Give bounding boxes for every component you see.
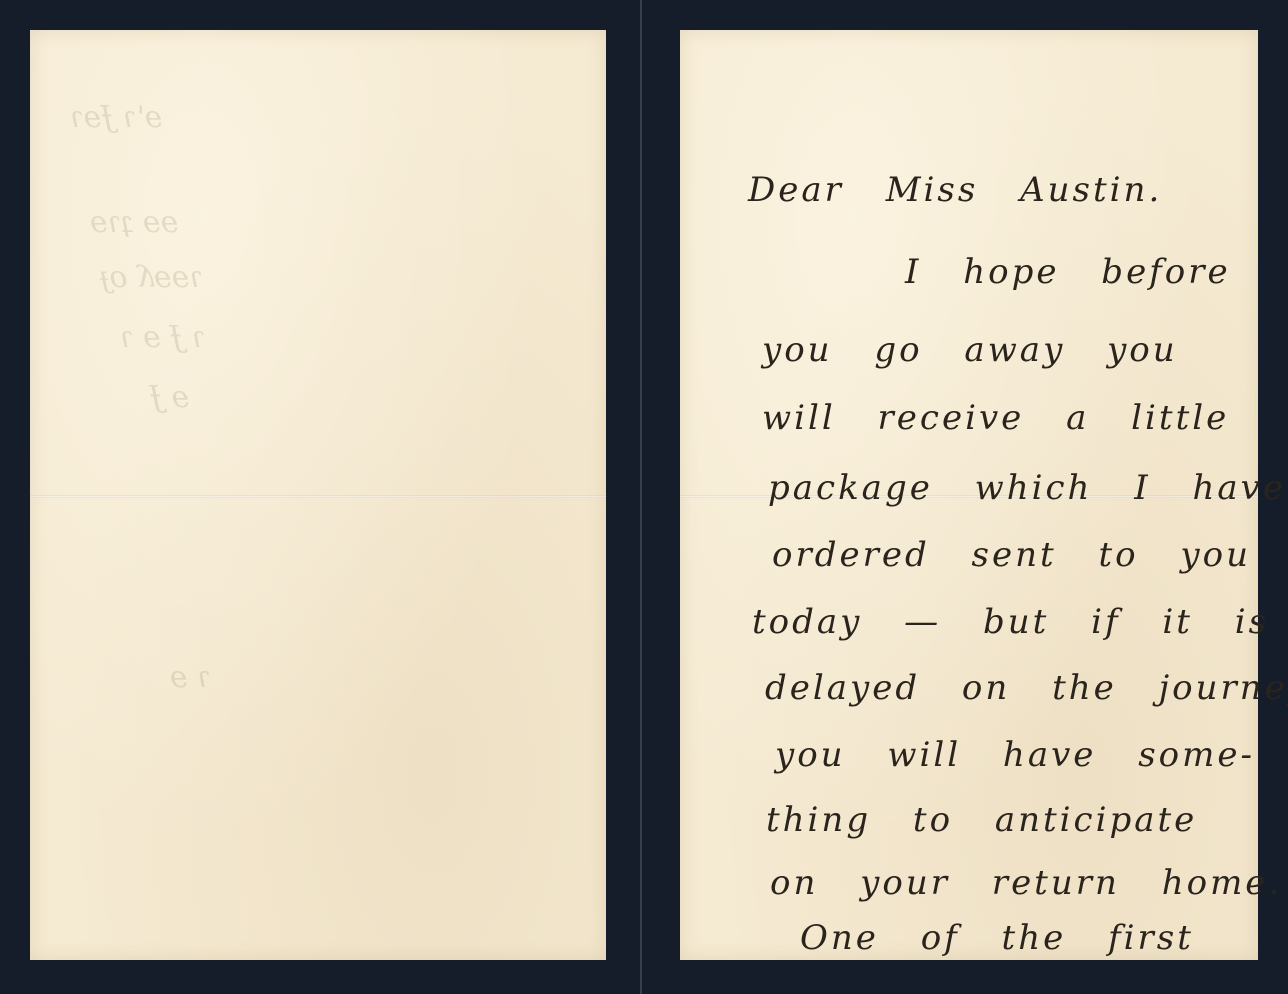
letter-line: package which I have	[768, 468, 1286, 508]
letter-line: I hope before	[905, 252, 1231, 292]
letter-line: today — but if it is	[752, 602, 1269, 642]
right-page: Dear Miss Austin. I hope before you go a…	[680, 30, 1258, 960]
bleed-through-text: ɘ'ɿ Ɉɘɿ	[70, 100, 162, 135]
letter-body: Dear Miss Austin. I hope before you go a…	[680, 30, 1258, 960]
bleed-through-text: ɿ Ɉ ɘ ɿ	[120, 320, 206, 355]
letter-line: delayed on the journey	[765, 668, 1288, 708]
letter-spread: ɘ'ɿ Ɉɘɿ ɘɘ ʇɿɘ ɿɘɘʎ oɟ ɿ Ɉ ɘ ɿ ɘ Ɉ ɿ ɘ D…	[0, 0, 1288, 994]
letter-line: will receive a little	[762, 398, 1229, 438]
left-page: ɘ'ɿ Ɉɘɿ ɘɘ ʇɿɘ ɿɘɘʎ oɟ ɿ Ɉ ɘ ɿ ɘ Ɉ ɿ ɘ	[30, 30, 606, 960]
center-fold	[640, 0, 642, 994]
bleed-through-text: ɘ Ɉ	[150, 380, 189, 415]
letter-line: thing to anticipate	[766, 800, 1197, 840]
letter-line: you go away you	[762, 330, 1178, 370]
letter-line: on your return home.	[770, 863, 1282, 903]
salutation: Dear Miss Austin.	[748, 170, 1162, 210]
bleed-through-text: ɿɘɘʎ oɟ	[100, 260, 203, 295]
letter-line: you will have some-	[775, 735, 1255, 775]
letter-line: ordered sent to you	[772, 535, 1251, 575]
letter-line: One of the first	[800, 918, 1194, 958]
bleed-through-text: ɿ ɘ	[170, 660, 211, 695]
bleed-through-text: ɘɘ ʇɿɘ	[90, 205, 178, 240]
horizontal-fold	[30, 495, 606, 498]
